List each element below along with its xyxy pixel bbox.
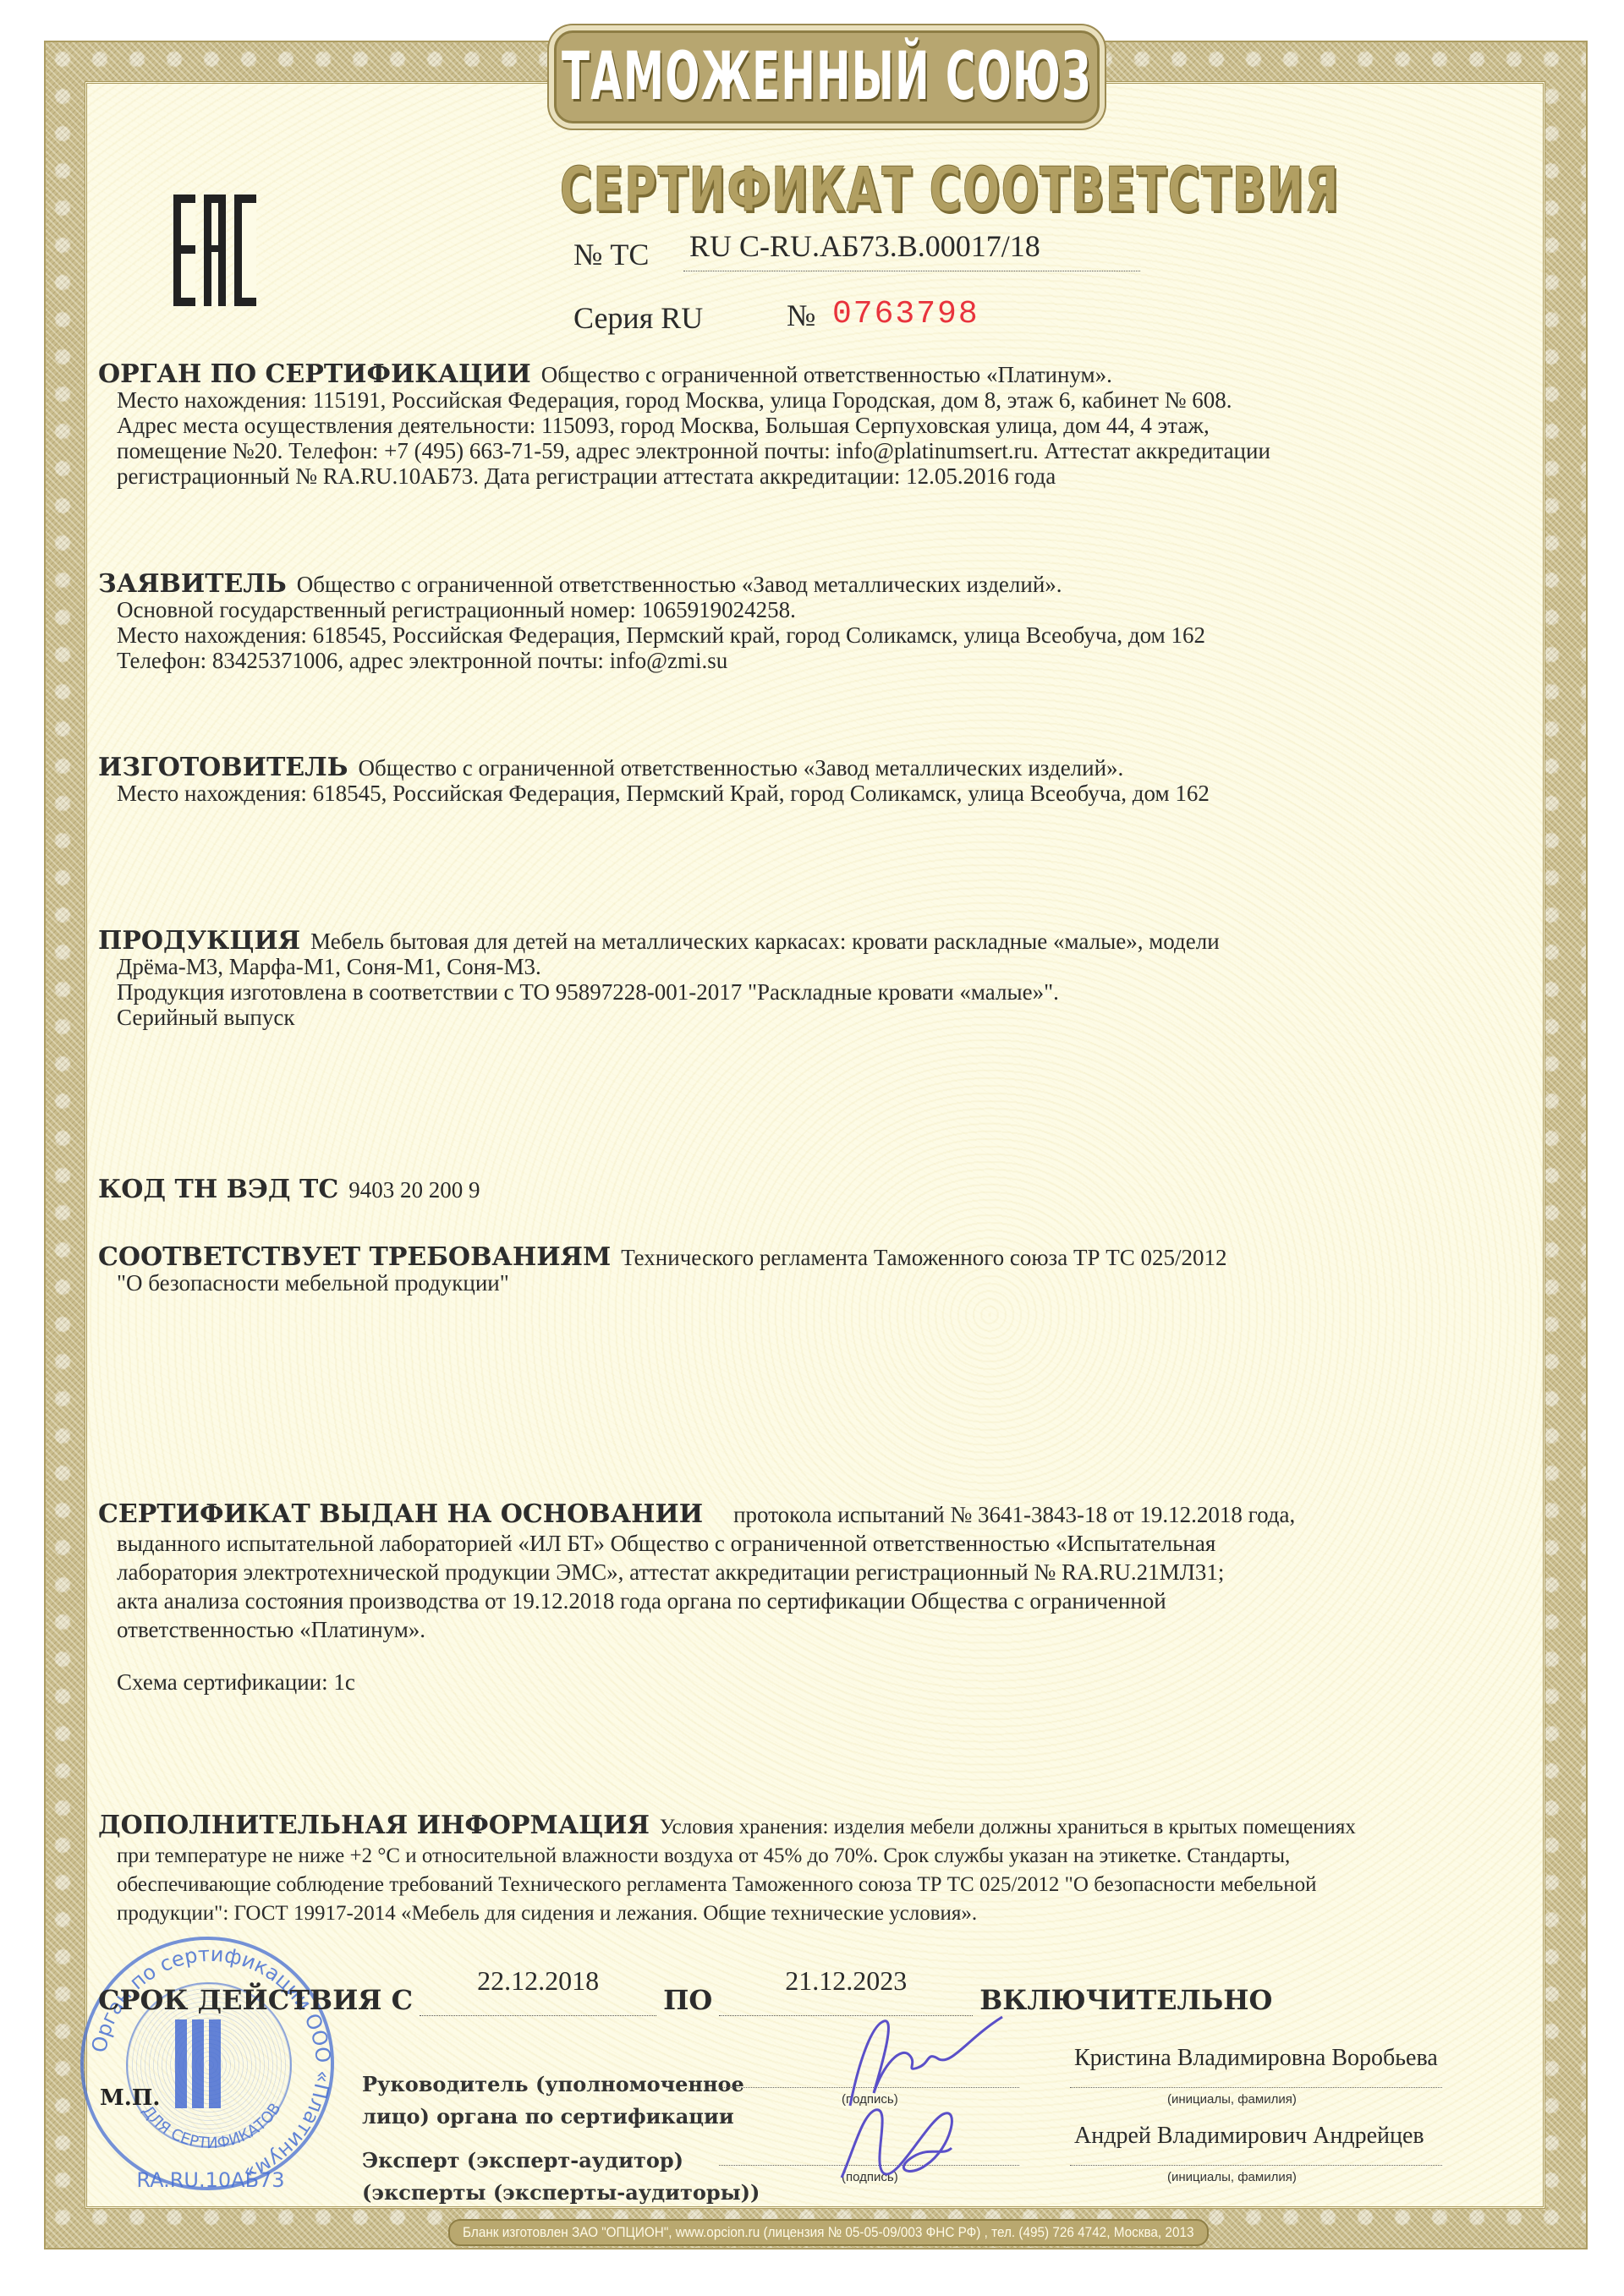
section-first-line: Общество с ограниченной ответственностью… [297, 572, 1062, 597]
section-line: Адрес места осуществления деятельности: … [98, 413, 1536, 438]
validity-to-date: 21.12.2023 [719, 1965, 973, 1997]
printer-note: Бланк изготовлен ЗАО "ОПЦИОН", www.opcio… [463, 2224, 1193, 2241]
printer-footer: Бланк изготовлен ЗАО "ОПЦИОН", www.opcio… [448, 2219, 1209, 2246]
expert-name: Андрей Владимирович Андрейцев [1074, 2123, 1424, 2150]
section-line: Место нахождения: 618545, Российская Фед… [98, 622, 1536, 648]
certification-body-stamp: Орган по сертификации ООО «Платинум» ДЛЯ… [80, 1937, 334, 2190]
section-line: "О безопасности мебельной продукции" [98, 1270, 1536, 1296]
section-line: ответственностью «Платинум». [98, 1615, 1536, 1644]
section-manufacturer: ИЗГОТОВИТЕЛЬОбщество с ограниченной отве… [98, 755, 1536, 806]
section-first-line: Технического регламента Таможенного союз… [621, 1245, 1226, 1270]
expert-name-caption: (инициалы, фамилия) [1167, 2170, 1297, 2184]
series-number-label: № [787, 298, 815, 333]
certification-scheme: Схема сертификации: 1с [98, 1668, 1536, 1696]
head-label-line2: лицо) органа по сертификации [362, 2101, 744, 2133]
validity-to-slot: 21.12.2023 [719, 1984, 973, 2016]
head-name-caption: (инициалы, фамилия) [1167, 2092, 1297, 2107]
series-number: 0763798 [832, 296, 979, 332]
section-line: Место нахождения: 115191, Российская Фед… [98, 387, 1536, 413]
tnved-code: 9403 20 200 9 [348, 1177, 480, 1203]
section-line: Продукция изготовлена в соответствии с Т… [98, 979, 1536, 1005]
section-line: Место нахождения: 618545, Российская Фед… [98, 781, 1536, 806]
section-applicant: ЗАЯВИТЕЛЬОбщество с ограниченной ответст… [98, 572, 1536, 673]
section-heading: КОД ТН ВЭД ТС [98, 1175, 338, 1204]
head-label-line1: Руководитель (уполномоченное [362, 2069, 744, 2101]
section-line: Основной государственный регистрационный… [98, 597, 1536, 622]
validity-from-slot: 22.12.2018 [420, 1984, 656, 2016]
section-conforms: СООТВЕТСТВУЕТ ТРЕБОВАНИЯМТехнического ре… [98, 1245, 1536, 1296]
ts-number: RU C-RU.АБ73.В.00017/18 [689, 228, 1040, 264]
section-heading: СООТВЕТСТВУЕТ ТРЕБОВАНИЯМ [98, 1242, 611, 1272]
document-title: СЕРТИФИКАТ СООТВЕТСТВИЯ [560, 154, 1089, 225]
section-heading: ЗАЯВИТЕЛЬ [98, 569, 287, 599]
section-certification-body: ОРГАН ПО СЕРТИФИКАЦИИОбщество с ограниче… [98, 362, 1536, 489]
section-line: обеспечивающие соблюдение требований Тех… [98, 1871, 1536, 1899]
section-product: ПРОДУКЦИЯМебель бытовая для детей на мет… [98, 929, 1536, 1030]
stamp-eac-icon [175, 2019, 221, 2108]
validity-inclusive-label: ВКЛЮЧИТЕЛЬНО [979, 1984, 1272, 2016]
head-label: Руководитель (уполномоченное лицо) орган… [362, 2069, 744, 2133]
section-tnved-code: КОД ТН ВЭД ТС9403 20 200 9 [98, 1177, 1536, 1203]
section-heading: СЕРТИФИКАТ ВЫДАН НА ОСНОВАНИИ [98, 1499, 703, 1529]
expert-label-line1: Эксперт (эксперт-аудитор) [362, 2145, 760, 2177]
section-line: лаборатория электротехнической продукции… [98, 1558, 1536, 1586]
section-line: при температуре не ниже +2 °С и относите… [98, 1842, 1536, 1871]
section-line: выданного испытательной лабораторией «ИЛ… [98, 1529, 1536, 1558]
section-line: Телефон: 83425371006, адрес электронной … [98, 648, 1536, 673]
section-first-line: протокола испытаний № 3641-3843-18 от 19… [733, 1502, 1295, 1527]
validity-to-label: ПО [663, 1984, 712, 2016]
validity-from-date: 22.12.2018 [420, 1965, 656, 1997]
section-line: Дрёма-М3, Марфа-М1, Соня-М1, Соня-М3. [98, 954, 1536, 979]
eac-logo-icon [173, 195, 256, 304]
section-heading: ПРОДУКЦИЯ [98, 926, 300, 956]
expert-label: Эксперт (эксперт-аудитор) (эксперты (экс… [362, 2145, 760, 2209]
section-heading: ИЗГОТОВИТЕЛЬ [98, 753, 348, 782]
section-first-line: Общество с ограниченной ответственностью… [358, 755, 1123, 781]
ts-number-underline [683, 271, 1140, 271]
section-heading: ОРГАН ПО СЕРТИФИКАЦИИ [98, 359, 531, 389]
seal-place-label: М.П. [100, 2085, 160, 2111]
section-line: регистрационный № RA.RU.10АБ73. Дата рег… [98, 463, 1536, 489]
series-label: Серия RU [573, 300, 703, 336]
section-line: продукции": ГОСТ 19917-2014 «Мебель для … [98, 1899, 1536, 1928]
validity-from-label: СРОК ДЕЙСТВИЯ С [98, 1984, 413, 2016]
svg-text:RA.RU.10АБ73: RA.RU.10АБ73 [136, 2168, 284, 2192]
section-basis: СЕРТИФИКАТ ВЫДАН НА ОСНОВАНИИпротокола и… [98, 1500, 1536, 1696]
expert-label-line2: (эксперты (эксперты-аудиторы)) [362, 2177, 760, 2209]
ts-number-label: № ТС [573, 237, 649, 272]
section-first-line: Условия хранения: изделия мебели должны … [660, 1816, 1356, 1838]
section-heading: ДОПОЛНИТЕЛЬНАЯ ИНФОРМАЦИЯ [98, 1811, 650, 1840]
head-name-line [1070, 2087, 1442, 2088]
customs-union-title: ТАМОЖЕННЫЙ СОЮЗ [562, 39, 1092, 115]
section-additional-info: ДОПОЛНИТЕЛЬНАЯ ИНФОРМАЦИЯУсловия хранени… [98, 1811, 1536, 1928]
section-line: помещение №20. Телефон: +7 (495) 663-71-… [98, 438, 1536, 463]
section-line: Серийный выпуск [98, 1005, 1536, 1030]
eac-mark-icon [173, 195, 256, 306]
expert-signature-icon [833, 2097, 1002, 2190]
expert-name-line [1070, 2165, 1442, 2166]
section-line: акта анализа состояния производства от 1… [98, 1586, 1536, 1615]
customs-union-plate: ТАМОЖЕННЫЙ СОЮЗ [554, 30, 1100, 123]
section-first-line: Общество с ограниченной ответственностью… [541, 362, 1112, 387]
validity-period: СРОК ДЕЙСТВИЯ С 22.12.2018 ПО 21.12.2023… [98, 1984, 1272, 2016]
head-name: Кристина Владимировна Воробьева [1074, 2045, 1438, 2072]
section-first-line: Мебель бытовая для детей на металлически… [310, 929, 1220, 954]
